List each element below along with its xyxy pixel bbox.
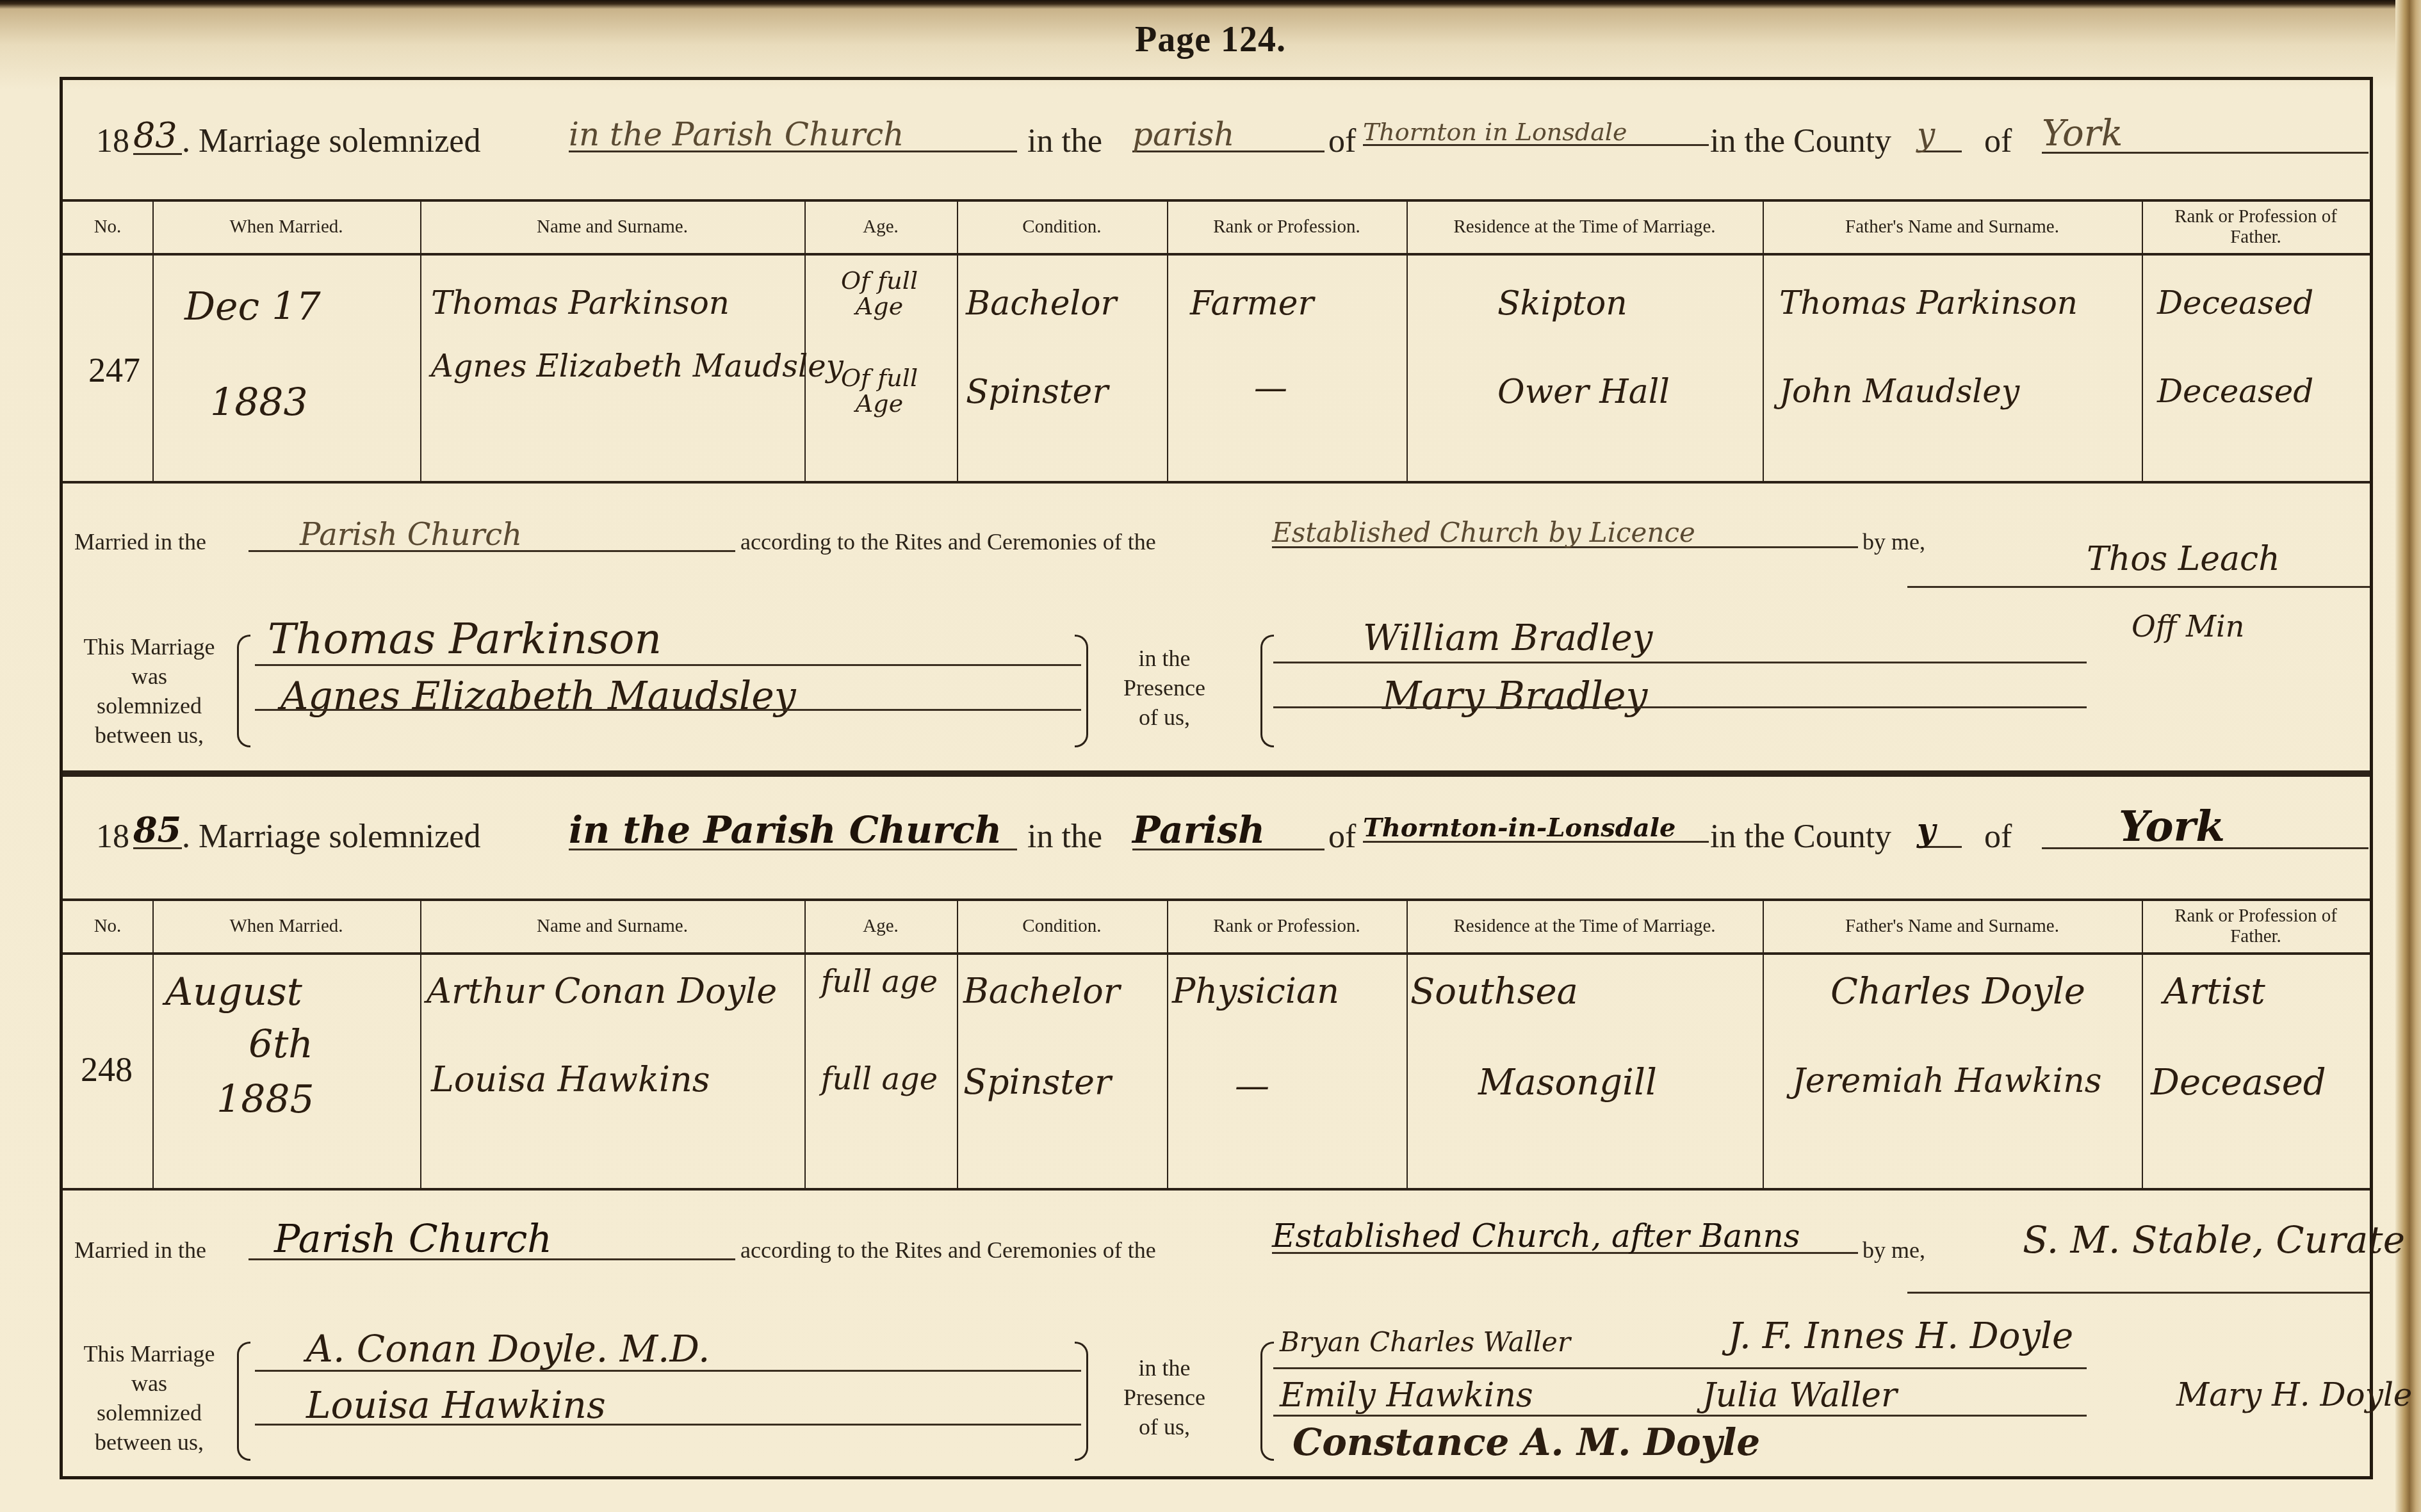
- col-father-name: Father's Name and Surname.: [1763, 202, 2142, 253]
- brace-right: [1075, 635, 1088, 747]
- groom-rank: Physician: [1172, 971, 1339, 1011]
- when-married-year: 1883: [210, 381, 308, 425]
- label-line: of us,: [1113, 703, 1216, 732]
- column-rule: [420, 202, 421, 481]
- entry-divider: [63, 770, 2370, 777]
- column-rule: [1763, 202, 1764, 481]
- county-of-label: of: [1984, 818, 2012, 856]
- col-rank: Rank or Profession.: [1167, 901, 1406, 952]
- brace-right: [1075, 1342, 1088, 1461]
- groom-condition: Bachelor: [963, 971, 1120, 1011]
- entry-number: 247: [88, 350, 140, 390]
- label-line: in the: [1113, 644, 1216, 673]
- solemnized-between-label: This Marriage was solemnized between us,: [63, 1339, 236, 1457]
- groom-father-name: Thomas Parkinson: [1779, 285, 2078, 322]
- witness-signature: Bryan Charles Waller: [1280, 1329, 1570, 1356]
- page-number: Page 124.: [0, 19, 2421, 60]
- col-when-married: When Married.: [152, 901, 420, 952]
- when-married-day: 6th: [249, 1023, 313, 1067]
- signature-line: [255, 664, 1081, 666]
- solemnized-at: in the Parish Church: [569, 811, 1017, 850]
- witness-signature: William Bradley: [1363, 621, 1652, 656]
- label-line: solemnized: [63, 1398, 236, 1427]
- place: Thornton in Lonsdale: [1363, 120, 1709, 146]
- groom-residence: Southsea: [1410, 971, 1578, 1012]
- county-of-label: of: [1984, 122, 2012, 160]
- district-type: parish: [1132, 118, 1325, 152]
- table-header: No. When Married. Name and Surname. Age.…: [63, 202, 2370, 256]
- when-married-month: August: [165, 970, 302, 1014]
- groom-name: Thomas Parkinson: [431, 285, 730, 322]
- entry-heading: 18 83 . Marriage solemnized in the Paris…: [63, 80, 2370, 202]
- groom-father-rank: Deceased: [2157, 285, 2313, 322]
- district-type: Parish: [1132, 811, 1325, 850]
- married-in-label: Married in the: [74, 528, 206, 555]
- year-suffix: 83: [133, 118, 182, 155]
- label-line: solemnized: [63, 691, 236, 720]
- bride-age: Of full Age: [815, 366, 943, 417]
- groom-rank: Farmer: [1190, 285, 1314, 323]
- officiant-signature: Thos Leach: [2087, 542, 2280, 576]
- table-header: No. When Married. Name and Surname. Age.…: [63, 901, 2370, 955]
- year-suffix: 85: [133, 813, 182, 849]
- bride-father-name: Jeremiah Hawkins: [1792, 1062, 2101, 1101]
- col-condition: Condition.: [957, 202, 1167, 253]
- label-line: was: [63, 1369, 236, 1398]
- bride-father-rank: Deceased: [2157, 373, 2313, 411]
- in-the-label: in the: [1027, 122, 1102, 160]
- label-line: between us,: [63, 720, 236, 750]
- col-rank: Rank or Profession.: [1167, 202, 1406, 253]
- brace-left: [1260, 635, 1274, 747]
- when-married-date: Dec 17: [184, 285, 321, 329]
- col-condition: Condition.: [957, 901, 1167, 952]
- column-rule: [1167, 901, 1168, 1188]
- label-line: between us,: [63, 1427, 236, 1457]
- signature-line: [1273, 1415, 2087, 1417]
- marriage-entry-248: 18 85 . Marriage solemnized in the Paris…: [63, 779, 2370, 1476]
- witness-signature: Mary H. Doyle: [2176, 1379, 2412, 1411]
- col-residence: Residence at the Time of Marriage.: [1406, 901, 1763, 952]
- col-when-married: When Married.: [152, 202, 420, 253]
- in-the-label: in the: [1027, 818, 1102, 856]
- groom-signature: A. Conan Doyle. M.D.: [306, 1330, 710, 1367]
- label-line: This Marriage: [63, 632, 236, 662]
- column-rule: [1406, 202, 1408, 481]
- bride-name: Louisa Hawkins: [431, 1060, 710, 1100]
- bride-residence: Ower Hall: [1497, 373, 1670, 412]
- label-line: was: [63, 662, 236, 691]
- brace-left: [1260, 1342, 1274, 1461]
- bride-condition: Spinster: [963, 1062, 1111, 1102]
- label-line: This Marriage: [63, 1339, 236, 1369]
- bride-residence: Masongill: [1478, 1062, 1657, 1103]
- column-rule: [1167, 202, 1168, 481]
- married-in-label: Married in the: [74, 1237, 206, 1264]
- witness-signature: Constance A. M. Doyle: [1292, 1424, 1760, 1461]
- groom-residence: Skipton: [1497, 285, 1627, 323]
- entry-number: 248: [81, 1050, 133, 1089]
- label-line: in the: [1113, 1353, 1216, 1383]
- entry-heading: 18 85 . Marriage solemnized in the Paris…: [63, 779, 2370, 901]
- col-age: Age.: [804, 901, 957, 952]
- married-in-place: Parish Church: [249, 519, 735, 552]
- place: Thornton-in-Lonsdale: [1363, 815, 1709, 843]
- groom-name: Arthur Conan Doyle: [427, 971, 777, 1011]
- rites-of: Established Church by Licence: [1272, 519, 1858, 548]
- column-rule: [152, 202, 154, 481]
- presence-label: in the Presence of us,: [1113, 1353, 1216, 1442]
- of-label: of: [1328, 122, 1356, 160]
- witness-signature: Emily Hawkins: [1280, 1379, 1533, 1412]
- bride-signature: Louisa Hawkins: [306, 1386, 606, 1424]
- signature-line: [1273, 662, 2087, 663]
- signature-line: [255, 1424, 1081, 1426]
- col-age: Age.: [804, 202, 957, 253]
- officiant-signature: S. M. Stable, Curate: [2023, 1221, 2405, 1258]
- label-line: Presence: [1113, 673, 1216, 703]
- county-suffix: y: [1917, 118, 1962, 152]
- county: York: [2042, 116, 2368, 154]
- col-father-rank: Rank or Profession of Father.: [2142, 202, 2370, 253]
- signature-line: [255, 709, 1081, 711]
- rites-label: according to the Rites and Ceremonies of…: [740, 1237, 1156, 1264]
- column-rule: [2142, 901, 2143, 1188]
- brace-left: [237, 1342, 250, 1461]
- marriage-solemnized-label: . Marriage solemnized: [182, 818, 480, 856]
- label-line: of us,: [1113, 1412, 1216, 1442]
- groom-age: Of full Age: [815, 268, 943, 320]
- bride-age: full age: [812, 1062, 947, 1096]
- col-no: No.: [63, 901, 152, 952]
- column-rule: [804, 202, 806, 481]
- witness-signature: Julia Waller: [1702, 1379, 1897, 1412]
- bride-father-rank: Deceased: [2151, 1062, 2326, 1103]
- marriage-entry-247: 18 83 . Marriage solemnized in the Paris…: [63, 80, 2370, 776]
- bride-rank: —: [1235, 1066, 1269, 1106]
- bride-rank: —: [1254, 370, 1287, 408]
- entry-table: No. When Married. Name and Surname. Age.…: [63, 898, 2370, 1191]
- column-rule: [957, 901, 958, 1188]
- groom-father-rank: Artist: [2164, 971, 2265, 1012]
- officiant-title: Off Min: [2132, 612, 2244, 641]
- column-rule: [804, 901, 806, 1188]
- signature-line: [1273, 1367, 2087, 1369]
- officiant-line: [1907, 586, 2370, 588]
- signature-line: [255, 1370, 1081, 1372]
- register-frame: 18 83 . Marriage solemnized in the Paris…: [60, 77, 2373, 1479]
- entry-table: No. When Married. Name and Surname. Age.…: [63, 199, 2370, 484]
- col-father-name: Father's Name and Surname.: [1763, 901, 2142, 952]
- groom-father-name: Charles Doyle: [1830, 971, 2085, 1012]
- witness-signature: Mary Bradley: [1382, 677, 1647, 715]
- year-prefix: 18: [96, 818, 129, 856]
- solemnized-between-label: This Marriage was solemnized between us,: [63, 632, 236, 750]
- column-rule: [2142, 202, 2143, 481]
- of-label: of: [1328, 818, 1356, 856]
- rites-of: Established Church, after Banns: [1272, 1220, 1858, 1254]
- col-name: Name and Surname.: [420, 202, 804, 253]
- in-the-county-label: in the County: [1710, 818, 1891, 856]
- groom-age: full age: [812, 965, 947, 999]
- column-rule: [1763, 901, 1764, 1188]
- column-rule: [152, 901, 154, 1188]
- brace-left: [237, 635, 250, 747]
- column-rule: [420, 901, 421, 1188]
- bride-name: Agnes Elizabeth Maudsley: [431, 349, 844, 384]
- in-the-county-label: in the County: [1710, 122, 1891, 160]
- groom-condition: Bachelor: [966, 285, 1116, 323]
- col-name: Name and Surname.: [420, 901, 804, 952]
- col-father-rank: Rank or Profession of Father.: [2142, 901, 2370, 952]
- groom-signature: Thomas Parkinson: [268, 618, 662, 660]
- col-residence: Residence at the Time of Marriage.: [1406, 202, 1763, 253]
- bride-condition: Spinster: [966, 373, 1108, 412]
- by-me-label: by me,: [1863, 1237, 1925, 1264]
- column-rule: [957, 202, 958, 481]
- year-prefix: 18: [96, 122, 129, 160]
- signature-line: [1273, 706, 2087, 708]
- county-suffix: y: [1917, 814, 1962, 848]
- witness-signature: J. F. Innes H. Doyle: [1728, 1319, 2073, 1354]
- married-in-place: Parish Church: [249, 1220, 735, 1260]
- column-rule: [1406, 901, 1408, 1188]
- presence-label: in the Presence of us,: [1113, 644, 1216, 732]
- officiant-line: [1907, 1292, 2370, 1294]
- solemnized-at: in the Parish Church: [569, 118, 1017, 152]
- bride-father-name: John Maudsley: [1779, 373, 2019, 411]
- county: York: [2042, 805, 2368, 849]
- by-me-label: by me,: [1863, 528, 1925, 555]
- label-line: Presence: [1113, 1383, 1216, 1412]
- rites-label: according to the Rites and Ceremonies of…: [740, 528, 1156, 555]
- book-spine-edge: [2395, 0, 2421, 1512]
- col-no: No.: [63, 202, 152, 253]
- marriage-solemnized-label: . Marriage solemnized: [182, 122, 480, 160]
- when-married-year: 1885: [216, 1078, 314, 1122]
